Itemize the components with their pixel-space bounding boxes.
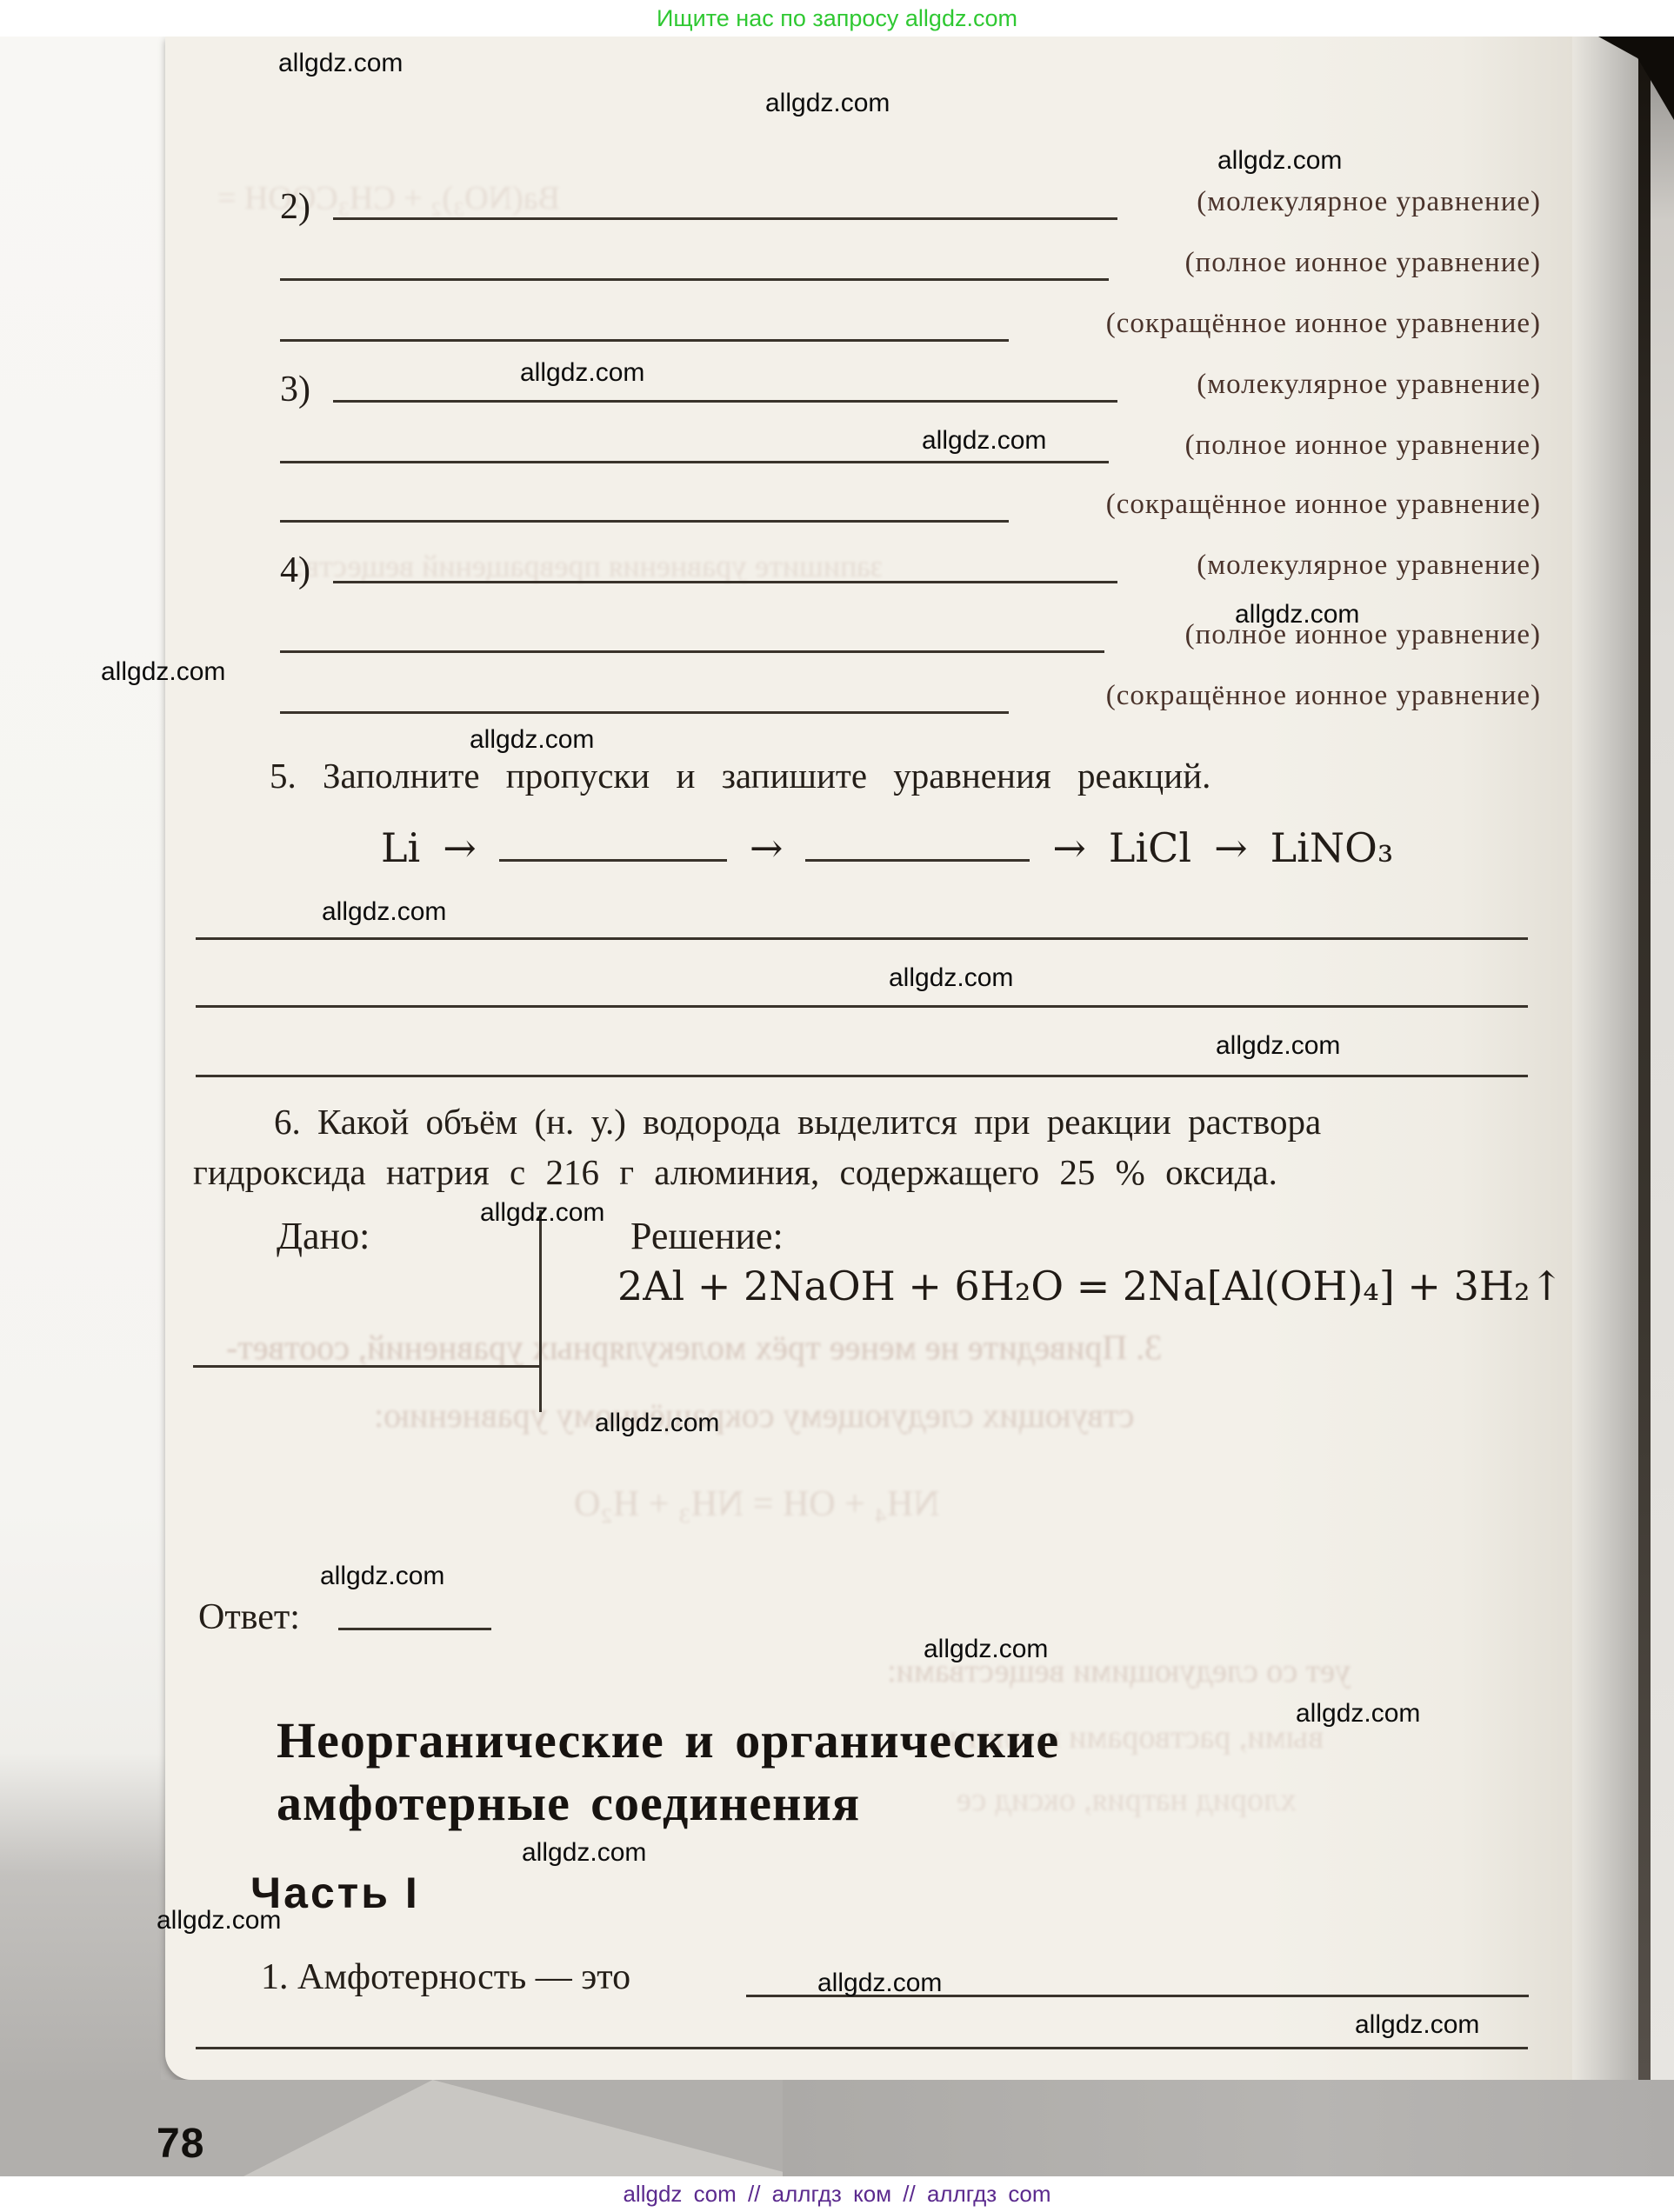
chain-start: Li: [381, 824, 420, 871]
bleedthrough-text: хлорид натрия, оксид се: [957, 1781, 1297, 1819]
watermark: allgdz.com: [889, 963, 1013, 993]
bleedthrough-text: ствующих следующему сокращённому уравнен…: [374, 1395, 1134, 1436]
site-banner-bottom: allgdz com // аллгдз ком // аллгдз com: [0, 2181, 1674, 2208]
watermark: allgdz.com: [157, 1906, 281, 1935]
writing-line: [196, 937, 1528, 940]
watermark: allgdz.com: [480, 1198, 604, 1228]
blank-line-full-ionic: [280, 278, 1109, 281]
bleedthrough-text: Ba(NO₃)₂ + CH₃COOH =: [217, 179, 560, 217]
task-6-text-line-2: гидроксида натрия с 216 г алюминия, соде…: [193, 1151, 1277, 1193]
watermark: allgdz.com: [1235, 600, 1359, 630]
blank-line-short-ionic: [280, 339, 1009, 342]
watermark: allgdz.com: [520, 358, 644, 388]
given-solution-divider: [539, 1210, 542, 1412]
reaction-equation: 2Al + 2NaOH + 6H₂O = 2Na[Al(OH)₄] + 3H₂↑: [617, 1263, 1564, 1309]
watermark: allgdz.com: [101, 657, 225, 687]
writing-line: [196, 1005, 1528, 1008]
blank-line-full-ionic: [280, 650, 1104, 653]
next-page-edge: [1651, 37, 1674, 2080]
task-1-text: 1. Амфотерность — это: [261, 1956, 630, 1998]
scanned-workbook-page: Ищите нас по запросу allgdz.com allgdz c…: [0, 0, 1674, 2212]
watermark: allgdz.com: [1355, 2010, 1479, 2040]
watermark: allgdz.com: [595, 1409, 719, 1438]
watermark: allgdz.com: [922, 426, 1046, 456]
blank-line-full-ionic: [280, 461, 1109, 463]
watermark: allgdz.com: [1296, 1699, 1420, 1729]
label-short-ionic-equation: (сокращённое ионное уравнение): [1106, 308, 1541, 340]
watermark: allgdz.com: [765, 89, 890, 118]
label-full-ionic-equation: (полное ионное уравнение): [1185, 430, 1541, 462]
site-banner-top: Ищите нас по запросу allgdz.com: [0, 5, 1674, 32]
watermark: allgdz.com: [1217, 146, 1342, 176]
item-3-number: 3): [280, 369, 310, 410]
watermark: allgdz.com: [320, 1562, 444, 1591]
given-underline: [193, 1365, 541, 1368]
label-molecular-equation: (молекулярное уравнение): [1197, 186, 1541, 218]
label-molecular-equation: (молекулярное уравнение): [1197, 550, 1541, 582]
answer-label: Ответ:: [198, 1596, 300, 1638]
arrow-icon: →: [750, 824, 784, 871]
chain-product-1: LiCl: [1109, 824, 1191, 871]
chain-blank-1: [499, 824, 727, 862]
chain-product-2: LiNO₃: [1271, 824, 1394, 871]
writing-line: [196, 1075, 1528, 1077]
blank-line-molecular: [333, 217, 1117, 220]
arrow-icon: →: [1214, 824, 1248, 871]
scan-left-margin: [0, 37, 167, 2080]
watermark: allgdz.com: [470, 725, 594, 755]
blank-line-short-ionic: [280, 711, 1009, 714]
watermark: allgdz.com: [278, 49, 403, 78]
bleedthrough-text: запишите уравнения превращений веществ:: [296, 548, 883, 584]
blank-line-molecular: [333, 581, 1117, 583]
book-spine-gap: [1638, 37, 1651, 2080]
given-label: Дано:: [277, 1214, 370, 1258]
label-short-ionic-equation: (сокращённое ионное уравнение): [1106, 489, 1541, 521]
item-4-number: 4): [280, 550, 310, 591]
writing-line: [196, 2047, 1528, 2049]
label-short-ionic-equation: (сокращённое ионное уравнение): [1106, 680, 1541, 712]
task-5-text: 5. Заполните пропуски и запишите уравнен…: [270, 755, 1210, 796]
page-curl-edge: [1572, 37, 1638, 2080]
blank-line-short-ionic: [280, 520, 1009, 523]
solution-label: Решение:: [630, 1214, 784, 1258]
chain-blank-2: [805, 824, 1030, 862]
watermark: allgdz.com: [924, 1635, 1048, 1664]
label-molecular-equation: (молекулярное уравнение): [1197, 369, 1541, 401]
watermark: allgdz.com: [322, 897, 446, 927]
item-2-number: 2): [280, 186, 310, 228]
arrow-icon: →: [1052, 824, 1086, 871]
bleedthrough-text: NH₄ + OH = NH₃ + H₂O: [574, 1483, 940, 1525]
bleedthrough-text: 3. Приведите не менее трёх молекулярных …: [226, 1327, 1162, 1368]
background-shade: [783, 2080, 1674, 2176]
section-heading-line-2: амфотерные соединения: [277, 1774, 860, 1832]
watermark: allgdz.com: [1216, 1031, 1340, 1061]
answer-blank-line: [338, 1628, 491, 1630]
reaction-chain: Li → → → LiCl → LiNO₃: [381, 824, 1393, 871]
watermark: allgdz.com: [522, 1838, 646, 1868]
task-6-text-line-1: 6. Какой объём (н. у.) водорода выделитс…: [274, 1101, 1321, 1143]
section-heading-line-1: Неорганические и органические: [277, 1711, 1059, 1769]
page-number: 78: [157, 2120, 204, 2168]
label-full-ionic-equation: (полное ионное уравнение): [1185, 247, 1541, 279]
watermark: allgdz.com: [817, 1969, 942, 1998]
blank-line-molecular: [333, 400, 1117, 403]
arrow-icon: →: [443, 824, 477, 871]
